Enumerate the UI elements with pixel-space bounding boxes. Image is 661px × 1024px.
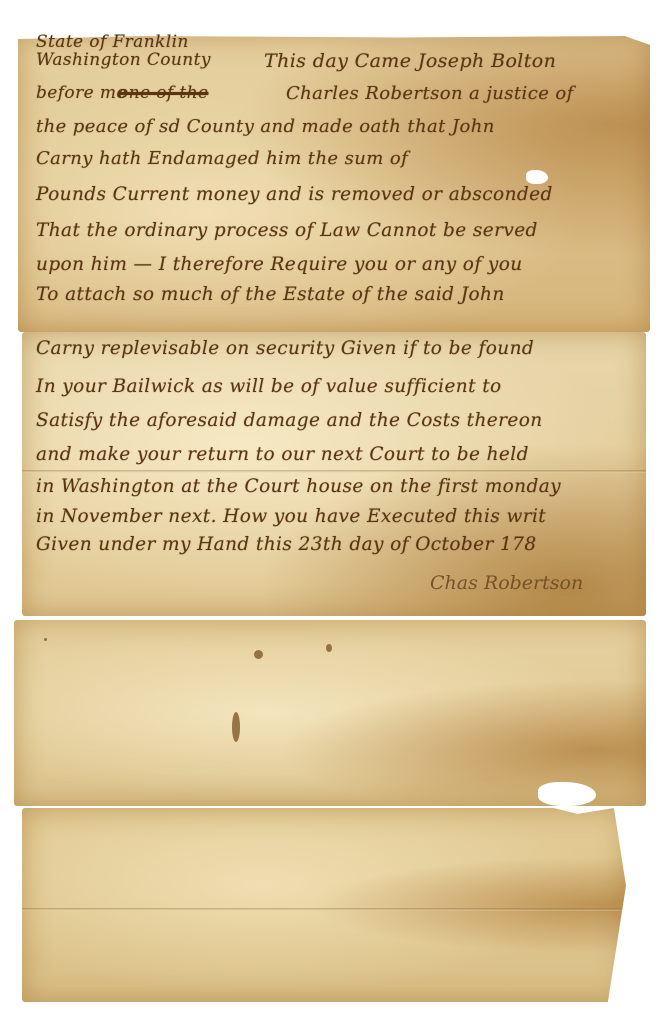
text-line-1: This day Came Joseph Bolton (264, 50, 556, 72)
struck-text: one of the (118, 83, 208, 103)
signature: Chas Robertson (430, 572, 583, 594)
text-line-5: Pounds Current money and is removed or a… (36, 184, 553, 205)
text-line-13: in Washington at the Court house on the … (36, 476, 561, 497)
text-line-6: That the ordinary process of Law Cannot … (36, 220, 538, 241)
paper-panel-blank-upper (14, 620, 646, 806)
text-line-3: the peace of sd County and made oath tha… (36, 116, 495, 137)
fold-crease (22, 470, 646, 473)
text-line-11: Satisfy the aforesaid damage and the Cos… (36, 410, 543, 431)
text-line-9: Carny replevisable on security Given if … (36, 338, 534, 359)
text-line-10: In your Bailwick as will be of value suf… (36, 376, 502, 397)
heading-county: Washington County (36, 50, 211, 70)
ink-stain (44, 638, 47, 641)
paper-panel-blank-lower (22, 808, 626, 1002)
text-line-8: To attach so much of the Estate of the s… (36, 284, 505, 305)
ink-stain (326, 644, 332, 652)
heading-state: State of Franklin (36, 32, 189, 52)
text-line-7: upon him — I therefore Require you or an… (36, 254, 523, 275)
text-line-2a: before me (36, 83, 127, 103)
text-line-4: Carny hath Endamaged him the sum of (36, 148, 408, 169)
paper-tear-hole (526, 170, 548, 184)
manuscript-sheet: State of Franklin Washington County This… (14, 36, 648, 1018)
text-line-12: and make your return to our next Court t… (36, 444, 529, 465)
text-line-2b: Charles Robertson a justice of (286, 83, 574, 104)
paper-tear-hole (538, 782, 596, 806)
ink-stain (232, 712, 240, 742)
fold-crease (22, 908, 626, 911)
text-line-15: Given under my Hand this 23th day of Oct… (36, 534, 537, 555)
text-line-14: in November next. How you have Executed … (36, 506, 546, 527)
ink-stain (254, 650, 263, 659)
